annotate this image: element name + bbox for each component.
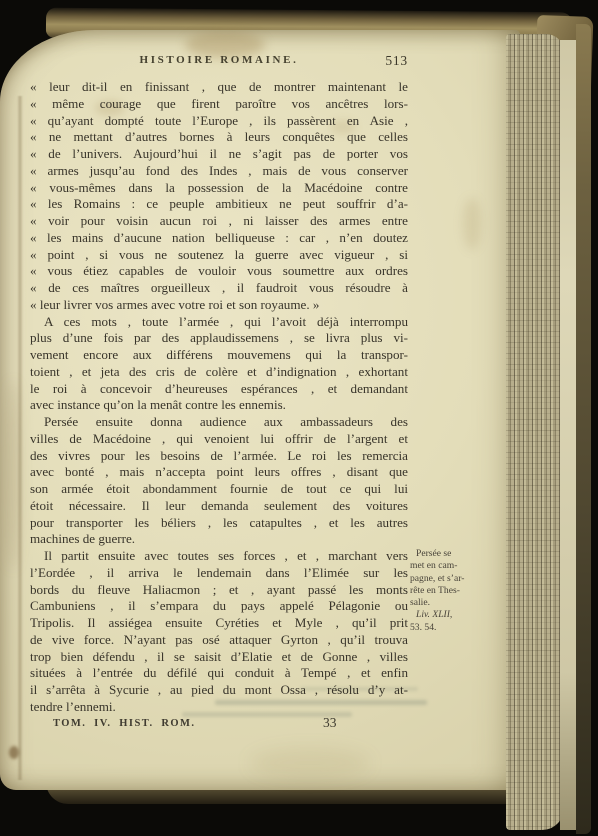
text-line: situées à l’entrée du défilé qui conduit… [30,665,408,682]
text-line: Tripolis. Il assiégea ensuite Cyréties e… [30,615,408,632]
text-line: vement encore aux différens mouvemens qu… [30,347,408,364]
text-line: des vivres pour les besoins de l’armée. … [30,448,408,465]
page-header: HISTOIRE ROMAINE. 513 [30,54,408,70]
text-line: villes de Macédoine , qui venoient lui o… [30,431,408,448]
text-line: étoit nécessaire. Il leur demanda seulem… [30,498,408,515]
text-line: bords du fleuve Haliacmon ; et , ayant p… [30,582,408,599]
text-line: « point , si vous ne soutenez la guerre … [30,247,408,264]
gutter-crease [17,96,23,780]
text-line: « les mains d’aucune nation belliqueuse … [30,230,408,247]
margin-note-line: Persée se [410,548,488,560]
stain [250,748,370,778]
text-line: tendre l’ennemi. [30,699,408,716]
text-line: plus d’une fois par des applaudissemens … [30,330,408,347]
text-line: « leur dit-il en finissant , que de mont… [30,79,408,96]
paragraph: « leur dit-il en finissant , que de mont… [30,79,408,314]
text-line: Persée ensuite donna audience aux ambass… [30,414,408,431]
text-line: l’Eordée , il arriva le lendemain dans l… [30,565,408,582]
text-line: avec instance qu’on la menât contre les … [30,397,408,414]
margin-note: Persée semet en cam-pagne, et s’ar-rête … [410,548,488,634]
book-page: HISTOIRE ROMAINE. 513 « leur dit-il en f… [0,30,520,790]
margin-note-line: Liv. XLII, [410,609,488,621]
paragraph: Persée ensuite donna audience aux ambass… [30,414,408,548]
body-text: « leur dit-il en finissant , que de mont… [30,79,408,716]
text-line: toient , et jeta des cris de colère et d… [30,364,408,381]
photo-background: { "colors": { "bg-black": "#0b0a07", "pa… [0,0,598,836]
text-line: machines de guerre. [30,531,408,548]
text-line: « leur livrer vos armes avec votre roi e… [30,297,408,314]
running-title: HISTOIRE ROMAINE. [30,54,408,66]
sheet-signature: 33 [323,715,337,731]
text-line: A ces mots , toute l’armée , qui l’avoit… [30,314,408,331]
page-number: 513 [385,53,408,69]
book-cover-edge [576,24,591,834]
paragraph: A ces mots , toute l’armée , qui l’avoit… [30,314,408,415]
margin-note-line: salie. [410,597,488,609]
margin-note-line: 53. 54. [410,622,488,634]
text-line: de vive force. N’ayant pas osé attaquer … [30,632,408,649]
text-line: pour transporter les béliers , les catap… [30,515,408,532]
paragraph: Il partit ensuite avec toutes ses forces… [30,548,408,716]
text-line: trop bien défendu , il se saisit d’Elati… [30,649,408,666]
text-line: avec bonté , mais n’accepta point leurs … [30,464,408,481]
fore-edge-pages [506,34,564,830]
text-line: son armée étoit abondamment fournie de t… [30,481,408,498]
stain [463,198,481,250]
margin-note-line: rête en Thes- [410,585,488,597]
text-line: Il partit ensuite avec toutes ses forces… [30,548,408,565]
text-line: « vous-mêmes dans la possession de la Ma… [30,180,408,197]
text-line: « de ces maîtres orgueilleux , il faudro… [30,280,408,297]
text-line: « les Romains : ce peuple ambitieux ne p… [30,196,408,213]
text-line: « de l’univers. Aujourd’hui il ne s’agit… [30,146,408,163]
text-line: le roi à concevoir d’heureuses espérance… [30,381,408,398]
text-line: il s’arrêta à Sycurie , au pied du mont … [30,682,408,699]
text-line: « ne mettant d’autres bornes à leurs con… [30,129,408,146]
volume-footer: TOM. IV. HIST. ROM. [53,718,196,729]
text-line: « vous étiez capables de vouloir vous so… [30,263,408,280]
text-line: « voir pour voisin aucun roi , ni laisse… [30,213,408,230]
margin-note-line: pagne, et s’ar- [410,573,488,585]
margin-note-line: met en cam- [410,560,488,572]
text-line: Cambuniens , il s’empara du pays appelé … [30,598,408,615]
text-line: « armes jusqu’au fond des Indes , mais d… [30,163,408,180]
text-line: « même courage que firent paroître vos a… [30,96,408,113]
text-line: « qu’ayant dompté toute l’Europe , ils p… [30,113,408,130]
